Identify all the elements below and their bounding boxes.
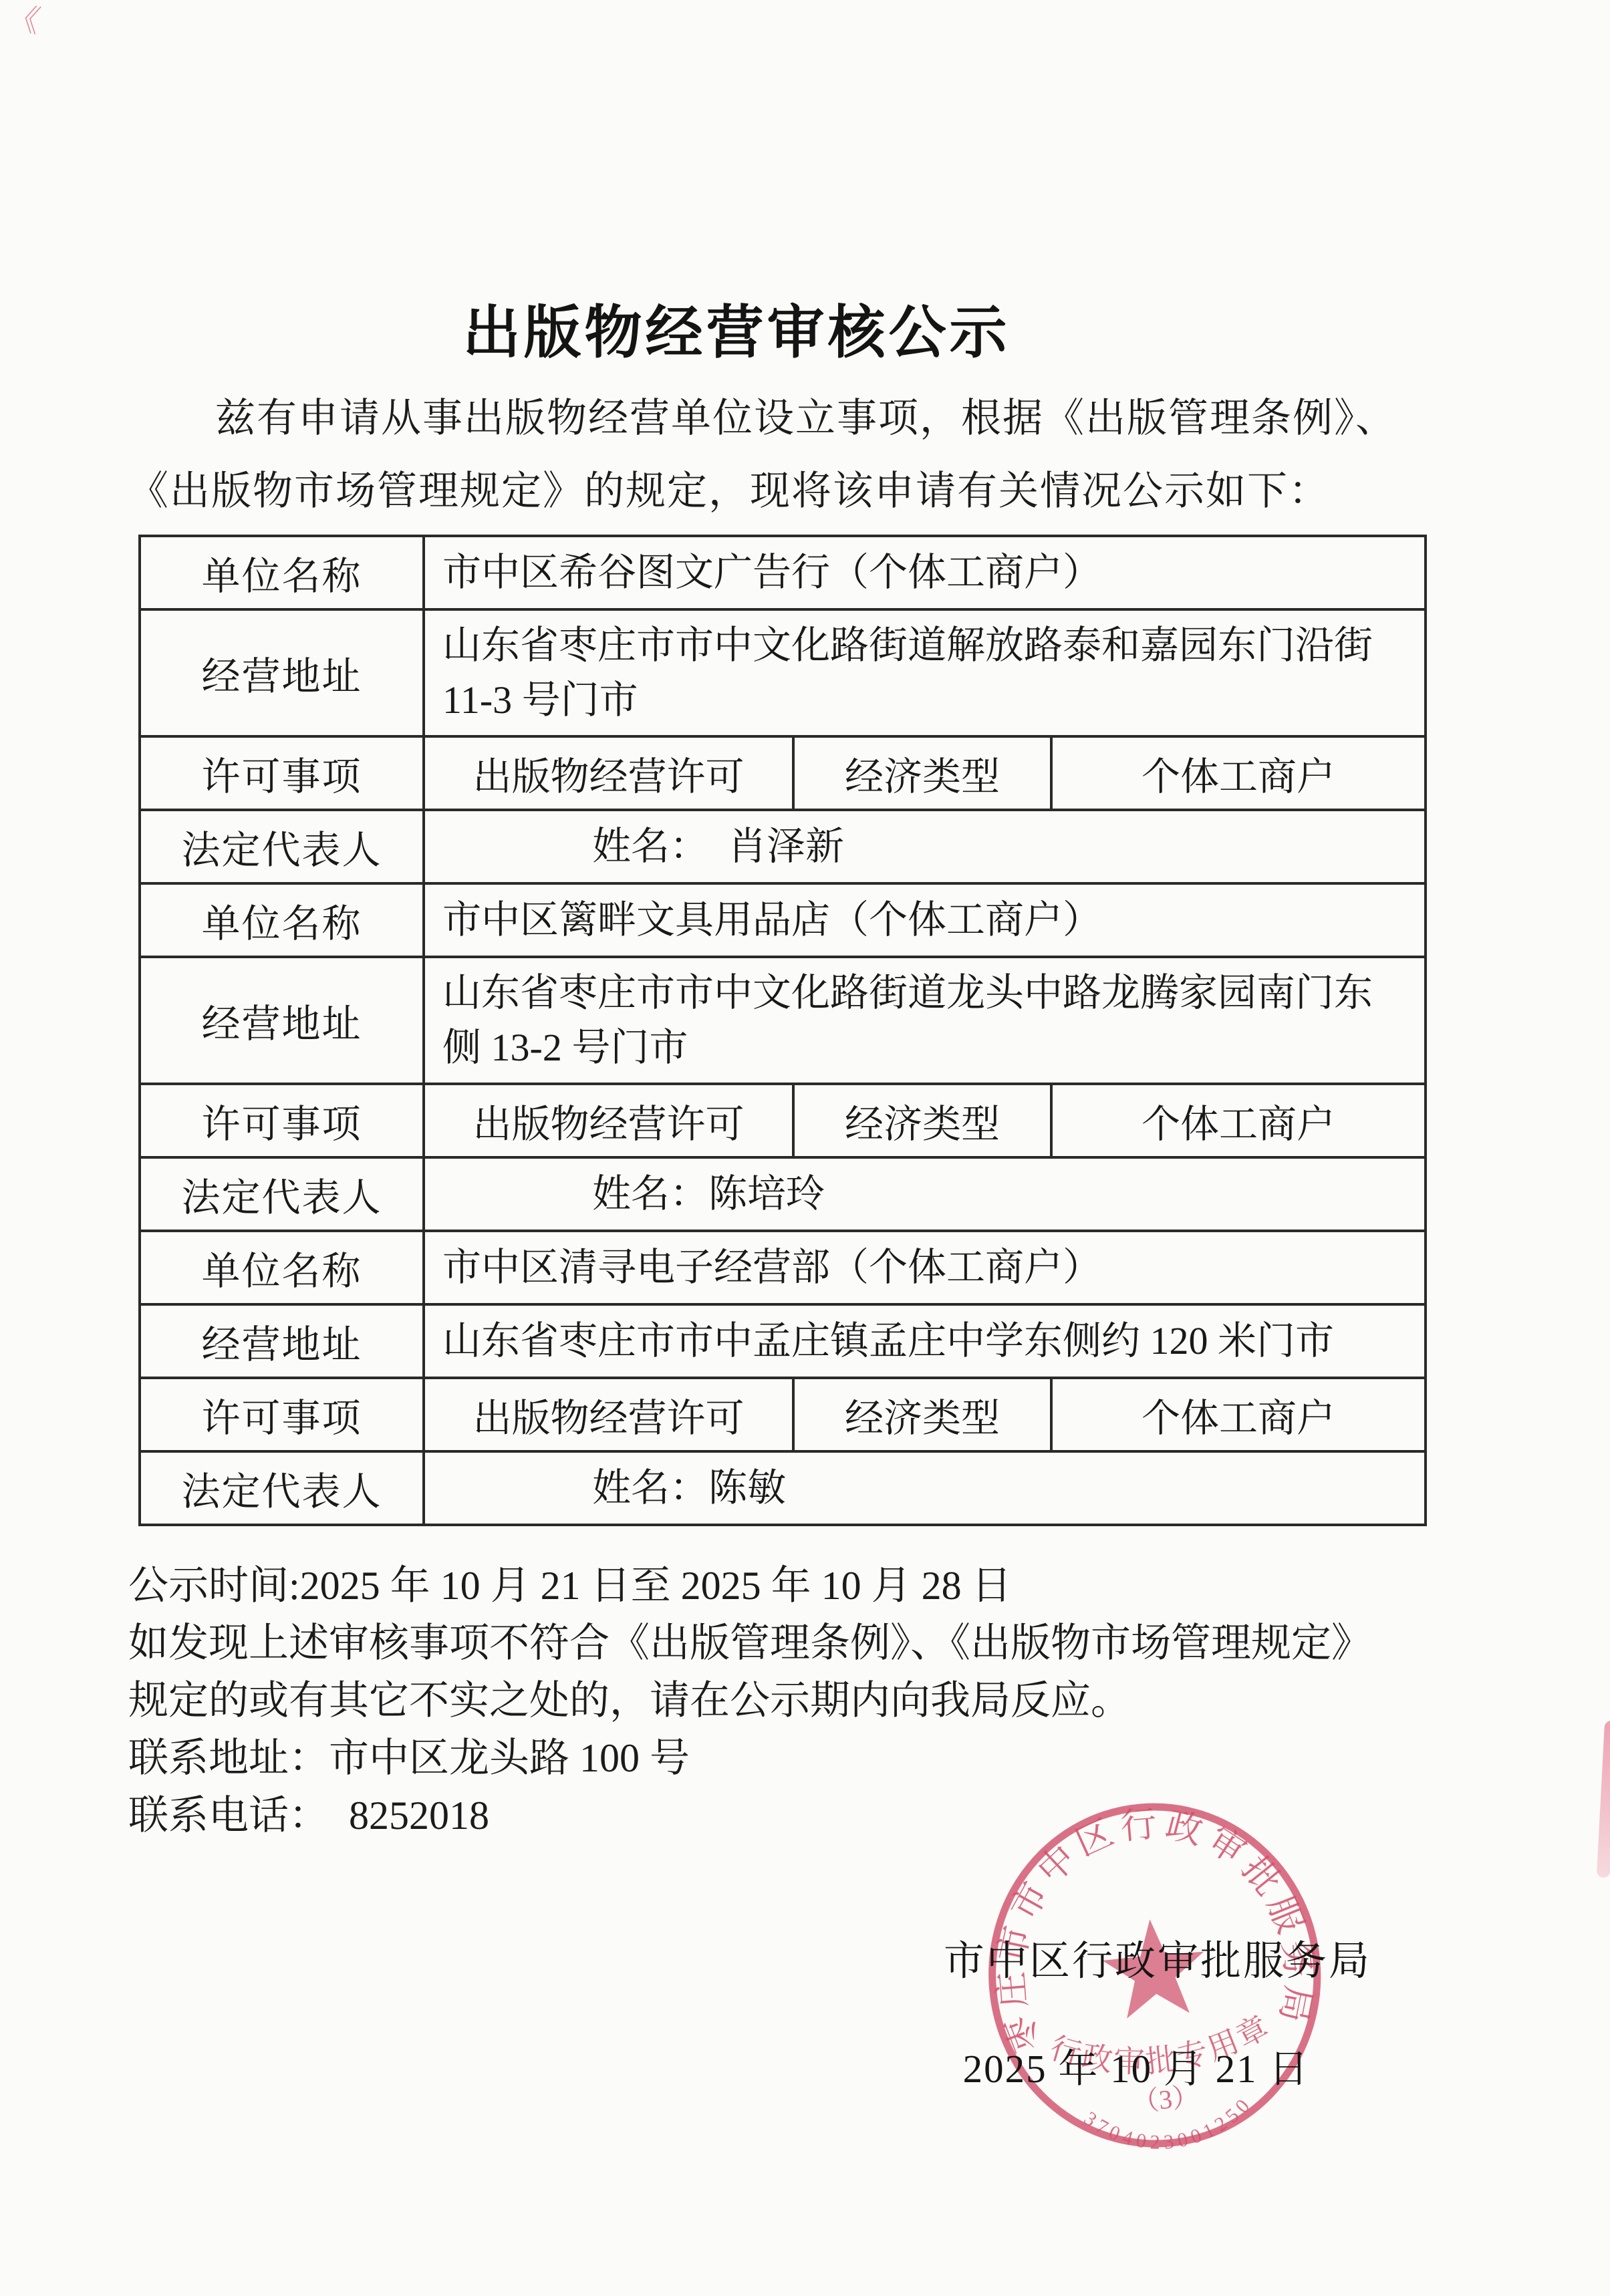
unit-name-label: 单位名称 [140, 536, 424, 609]
table-row-legal-rep: 法定代表人 姓名： 肖泽新 [140, 810, 1426, 883]
economic-type-label: 经济类型 [793, 1084, 1051, 1157]
table-row-address: 经营地址 山东省枣庄市市中文化路街道龙头中路龙腾家园南门东侧 13-2 号门市 [140, 957, 1426, 1084]
legal-rep-label: 法定代表人 [140, 810, 424, 883]
table-row-legal-rep: 法定代表人 姓名：陈培玲 [140, 1157, 1426, 1231]
address-label: 经营地址 [140, 957, 424, 1084]
license-value: 出版物经营许可 [424, 1084, 793, 1157]
economic-type-value: 个体工商户 [1051, 1378, 1426, 1451]
address-value: 山东省枣庄市市中文化路街道解放路泰和嘉园东门沿街 11-3 号门市 [424, 609, 1426, 736]
address-label: 经营地址 [140, 609, 424, 736]
address-value: 山东省枣庄市市中孟庄镇孟庄中学东侧约 120 米门市 [424, 1304, 1426, 1378]
economic-type-value: 个体工商户 [1051, 1084, 1426, 1157]
table-row-address: 经营地址 山东省枣庄市市中文化路街道解放路泰和嘉园东门沿街 11-3 号门市 [140, 609, 1426, 736]
scan-artifact-corner: 《 [5, 0, 45, 41]
table-row-license: 许可事项 出版物经营许可 经济类型 个体工商户 [140, 736, 1426, 810]
contact-address: 联系地址：市中区龙头路 100 号 [128, 1729, 1472, 1787]
signature-date: 2025 年 10 月 21 日 [963, 2037, 1310, 2094]
publicity-period: 公示时间:2025 年 10 月 21 日至 2025 年 10 月 28 日 [128, 1557, 1472, 1614]
intro-line-1: 兹有申请从事出版物经营单位设立事项，根据《出版管理条例》、 [128, 382, 1472, 455]
license-value: 出版物经营许可 [424, 1378, 793, 1451]
signature-agency: 市中区行政审批服务局 [944, 1928, 1371, 1987]
table-row-legal-rep: 法定代表人 姓名：陈敏 [140, 1451, 1426, 1525]
document-page: 《 出版物经营审核公示 兹有申请从事出版物经营单位设立事项，根据《出版管理条例》… [0, 0, 1610, 2296]
intro-paragraph: 兹有申请从事出版物经营单位设立事项，根据《出版管理条例》、 《出版物市场管理规定… [128, 382, 1472, 528]
table-row-license: 许可事项 出版物经营许可 经济类型 个体工商户 [140, 1084, 1426, 1157]
unit-name-value: 市中区篱畔文具用品店（个体工商户） [424, 883, 1426, 957]
unit-name-value: 市中区希谷图文广告行（个体工商户） [424, 536, 1426, 609]
legal-rep-name: 姓名：陈敏 [424, 1451, 1426, 1525]
address-value: 山东省枣庄市市中文化路街道龙头中路龙腾家园南门东侧 13-2 号门市 [424, 957, 1426, 1084]
table-row-unit-name: 单位名称 市中区清寻电子经营部（个体工商户） [140, 1231, 1426, 1304]
legal-rep-label: 法定代表人 [140, 1157, 424, 1231]
license-item-label: 许可事项 [140, 1084, 424, 1157]
unit-name-label: 单位名称 [140, 1231, 424, 1304]
license-item-label: 许可事项 [140, 1378, 424, 1451]
notice-table: 单位名称 市中区希谷图文广告行（个体工商户） 经营地址 山东省枣庄市市中文化路街… [138, 535, 1427, 1526]
legal-rep-name: 姓名：陈培玲 [424, 1157, 1426, 1231]
economic-type-value: 个体工商户 [1051, 736, 1426, 810]
table-row-license: 许可事项 出版物经营许可 经济类型 个体工商户 [140, 1378, 1426, 1451]
table-row-address: 经营地址 山东省枣庄市市中孟庄镇孟庄中学东侧约 120 米门市 [140, 1304, 1426, 1378]
table-row-unit-name: 单位名称 市中区希谷图文广告行（个体工商户） [140, 536, 1426, 609]
address-label: 经营地址 [140, 1304, 424, 1378]
table-row-unit-name: 单位名称 市中区篱畔文具用品店（个体工商户） [140, 883, 1426, 957]
economic-type-label: 经济类型 [793, 1378, 1051, 1451]
license-item-label: 许可事项 [140, 736, 424, 810]
page-title: 出版物经营审核公示 [463, 286, 1011, 369]
complaint-line-2: 规定的或有其它不实之处的，请在公示期内向我局反应。 [128, 1672, 1472, 1729]
unit-name-label: 单位名称 [140, 883, 424, 957]
intro-line-2: 《出版物市场管理规定》的规定，现将该申请有关情况公示如下： [128, 455, 1472, 528]
complaint-line-1: 如发现上述审核事项不符合《出版管理条例》、《出版物市场管理规定》 [128, 1614, 1472, 1672]
legal-rep-label: 法定代表人 [140, 1451, 424, 1525]
legal-rep-name: 姓名： 肖泽新 [424, 810, 1426, 883]
unit-name-value: 市中区清寻电子经营部（个体工商户） [424, 1231, 1426, 1304]
license-value: 出版物经营许可 [424, 736, 793, 810]
economic-type-label: 经济类型 [793, 736, 1051, 810]
scan-artifact-streak [1597, 1721, 1610, 1878]
